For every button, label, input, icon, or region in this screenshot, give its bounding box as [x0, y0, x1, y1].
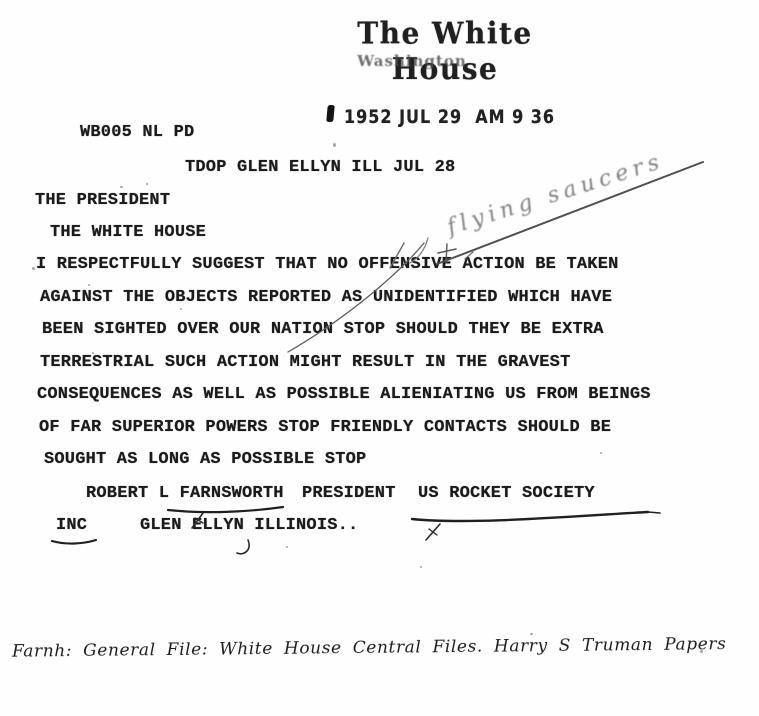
- addressee-line: THE PRESIDENT: [35, 192, 170, 209]
- organization-underline: [412, 512, 648, 521]
- telegram-origin-line: TDOP GLEN ELLYN ILL JUL 28: [185, 159, 455, 176]
- body-line: BEEN SIGHTED OVER OUR NATION STOP SHOULD…: [42, 321, 604, 338]
- body-line: TERRESTRIAL SUCH ACTION MIGHT RESULT IN …: [40, 354, 571, 371]
- letterhead-subtitle: Washington: [312, 52, 512, 70]
- check-mark-organization: [429, 529, 437, 535]
- signer-organization: US ROCKET SOCIETY: [418, 485, 595, 502]
- signer-title: PRESIDENT: [302, 485, 396, 502]
- scan-speck: [600, 452, 602, 454]
- inc-underline: [52, 540, 96, 544]
- scan-speck: [120, 186, 123, 188]
- scan-speck: [700, 650, 703, 653]
- addressee-location-line: THE WHITE HOUSE: [50, 224, 206, 241]
- farnsworth-underline: [168, 507, 283, 512]
- body-line: SOUGHT AS LONG AS POSSIBLE STOP: [44, 451, 366, 468]
- scan-speck: [146, 183, 148, 185]
- comma-hook-mark: [237, 540, 249, 554]
- signer-name-prefix: ROBERT L: [86, 484, 180, 503]
- check-mark-organization: [426, 524, 440, 540]
- scan-speck: [530, 633, 533, 635]
- telegram-serial: WB005 NL PD: [80, 124, 194, 141]
- letterhead-title: The White House: [300, 15, 590, 86]
- signer-surname: FARNSWORTH: [180, 484, 284, 503]
- scan-speck: [92, 352, 94, 354]
- pencil-plus-mark: [438, 249, 456, 253]
- received-date-stamp: 1952 JUL 29 AM 9 36: [344, 106, 555, 128]
- pencil-annotation-flying-saucers: flying saucers: [444, 149, 667, 241]
- archival-handwritten-note: Farnh: General File: White House Central…: [12, 634, 712, 661]
- organization-underline-tick: [648, 512, 660, 513]
- ink-blot-mark: [326, 105, 334, 123]
- body-line: CONSEQUENCES AS WELL AS POSSIBLE ALIENIA…: [37, 386, 651, 403]
- scan-speck: [88, 284, 90, 286]
- scan-speck: [32, 267, 35, 270]
- organization-suffix: INC: [56, 517, 87, 534]
- scan-speck: [333, 143, 336, 147]
- body-line: I RESPECTFULLY SUGGEST THAT NO OFFENSIVE…: [36, 256, 619, 273]
- scan-speck: [180, 308, 182, 310]
- telegram-document: The White House Washington 1952 JUL 29 A…: [0, 0, 759, 716]
- body-line: AGAINST THE OBJECTS REPORTED AS UNIDENTI…: [40, 289, 612, 306]
- scan-speck: [420, 566, 422, 568]
- signer-name: ROBERT L FARNSWORTH: [86, 485, 284, 502]
- body-line: OF FAR SUPERIOR POWERS STOP FRIENDLY CON…: [39, 419, 611, 436]
- signer-location: GLEN ELLYN ILLINOIS..: [140, 517, 358, 534]
- scan-speck: [286, 546, 288, 548]
